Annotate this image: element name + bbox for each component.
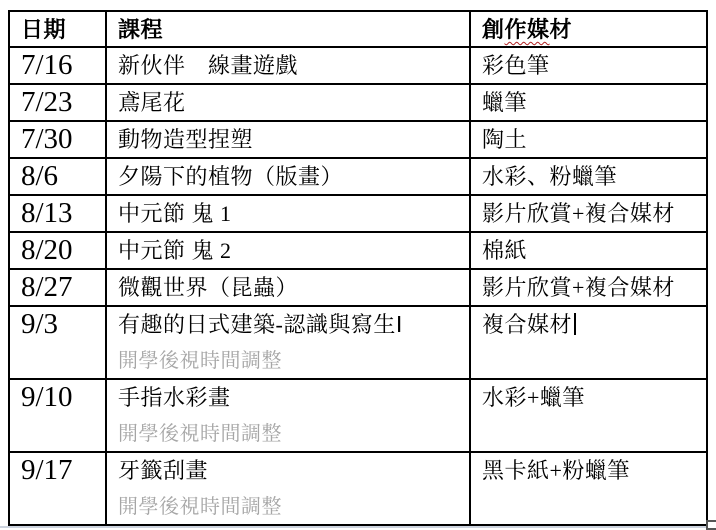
date-cell[interactable]: 7/30 — [9, 121, 106, 158]
table-row: 8/13 中元節 鬼 1 影片欣賞+複合媒材 — [9, 195, 707, 232]
media-cell[interactable]: 黑卡紙+粉蠟筆 — [470, 452, 707, 525]
date-cell[interactable]: 8/13 — [9, 195, 106, 232]
course-cell[interactable]: 新伙伴 線畫遊戲 — [106, 47, 470, 84]
course-cell[interactable]: 有趣的日式建築-認識與寫生Ⅰ 開學後視時間調整 — [106, 306, 470, 379]
media-cell[interactable]: 棉紙 — [470, 232, 707, 269]
table-row: 7/16 新伙伴 線畫遊戲 彩色筆 — [9, 47, 707, 84]
table-row: 9/3 有趣的日式建築-認識與寫生Ⅰ 開學後視時間調整 複合媒材 — [9, 306, 707, 379]
table-resize-handle[interactable] — [706, 520, 716, 530]
media-cell[interactable]: 陶土 — [470, 121, 707, 158]
schedule-adjustment-note: 開學後視時間調整 — [118, 348, 463, 374]
course-cell[interactable]: 夕陽下的植物（版畫） — [106, 158, 470, 195]
course-cell[interactable]: 動物造型捏塑 — [106, 121, 470, 158]
table-row: 9/17 牙籤刮畫 開學後視時間調整 黑卡紙+粉蠟筆 — [9, 452, 707, 525]
date-cell[interactable]: 7/23 — [9, 84, 106, 121]
course-cell[interactable]: 中元節 鬼 2 — [106, 232, 470, 269]
table-row: 9/10 手指水彩畫 開學後視時間調整 水彩+蠟筆 — [9, 379, 707, 452]
course-cell[interactable]: 鳶尾花 — [106, 84, 470, 121]
spellcheck-underline: 作媒 — [505, 17, 550, 42]
date-cell[interactable]: 8/27 — [9, 269, 106, 306]
header-label-date: 日期 — [21, 17, 66, 42]
table-row: 7/23 鳶尾花 蠟筆 — [9, 84, 707, 121]
date-cell[interactable]: 8/20 — [9, 232, 106, 269]
course-cell[interactable]: 中元節 鬼 1 — [106, 195, 470, 232]
text-caret — [574, 313, 576, 335]
date-cell[interactable]: 7/16 — [9, 47, 106, 84]
course-schedule-table: 日期 課程 創作媒材 7/16 新伙伴 線畫遊戲 彩色筆 7/23 鳶尾花 蠟筆… — [8, 10, 708, 526]
table-row: 7/30 動物造型捏塑 陶土 — [9, 121, 707, 158]
date-cell[interactable]: 8/6 — [9, 158, 106, 195]
table-row: 8/27 微觀世界（昆蟲） 影片欣賞+複合媒材 — [9, 269, 707, 306]
media-cell[interactable]: 影片欣賞+複合媒材 — [470, 269, 707, 306]
course-cell[interactable]: 手指水彩畫 開學後視時間調整 — [106, 379, 470, 452]
table-row: 8/6 夕陽下的植物（版畫） 水彩、粉蠟筆 — [9, 158, 707, 195]
media-cell[interactable]: 水彩、粉蠟筆 — [470, 158, 707, 195]
course-cell[interactable]: 微觀世界（昆蟲） — [106, 269, 470, 306]
course-cell[interactable]: 牙籤刮畫 開學後視時間調整 — [106, 452, 470, 525]
date-cell[interactable]: 9/3 — [9, 306, 106, 379]
window-bottom-edge — [0, 526, 716, 528]
header-label-course: 課程 — [118, 17, 163, 42]
table-header-row: 日期 課程 創作媒材 — [9, 11, 707, 47]
header-cell-date[interactable]: 日期 — [9, 11, 106, 47]
table-row: 8/20 中元節 鬼 2 棉紙 — [9, 232, 707, 269]
document-page: 日期 課程 創作媒材 7/16 新伙伴 線畫遊戲 彩色筆 7/23 鳶尾花 蠟筆… — [0, 0, 716, 530]
header-label-media: 創作媒材 — [482, 17, 572, 42]
media-cell[interactable]: 彩色筆 — [470, 47, 707, 84]
media-cell[interactable]: 影片欣賞+複合媒材 — [470, 195, 707, 232]
media-cell[interactable]: 蠟筆 — [470, 84, 707, 121]
header-cell-course[interactable]: 課程 — [106, 11, 470, 47]
schedule-adjustment-note: 開學後視時間調整 — [118, 494, 463, 520]
schedule-adjustment-note: 開學後視時間調整 — [118, 421, 463, 447]
media-cell[interactable]: 水彩+蠟筆 — [470, 379, 707, 452]
date-cell[interactable]: 9/17 — [9, 452, 106, 525]
header-cell-media[interactable]: 創作媒材 — [470, 11, 707, 47]
media-cell[interactable]: 複合媒材 — [470, 306, 707, 379]
date-cell[interactable]: 9/10 — [9, 379, 106, 452]
